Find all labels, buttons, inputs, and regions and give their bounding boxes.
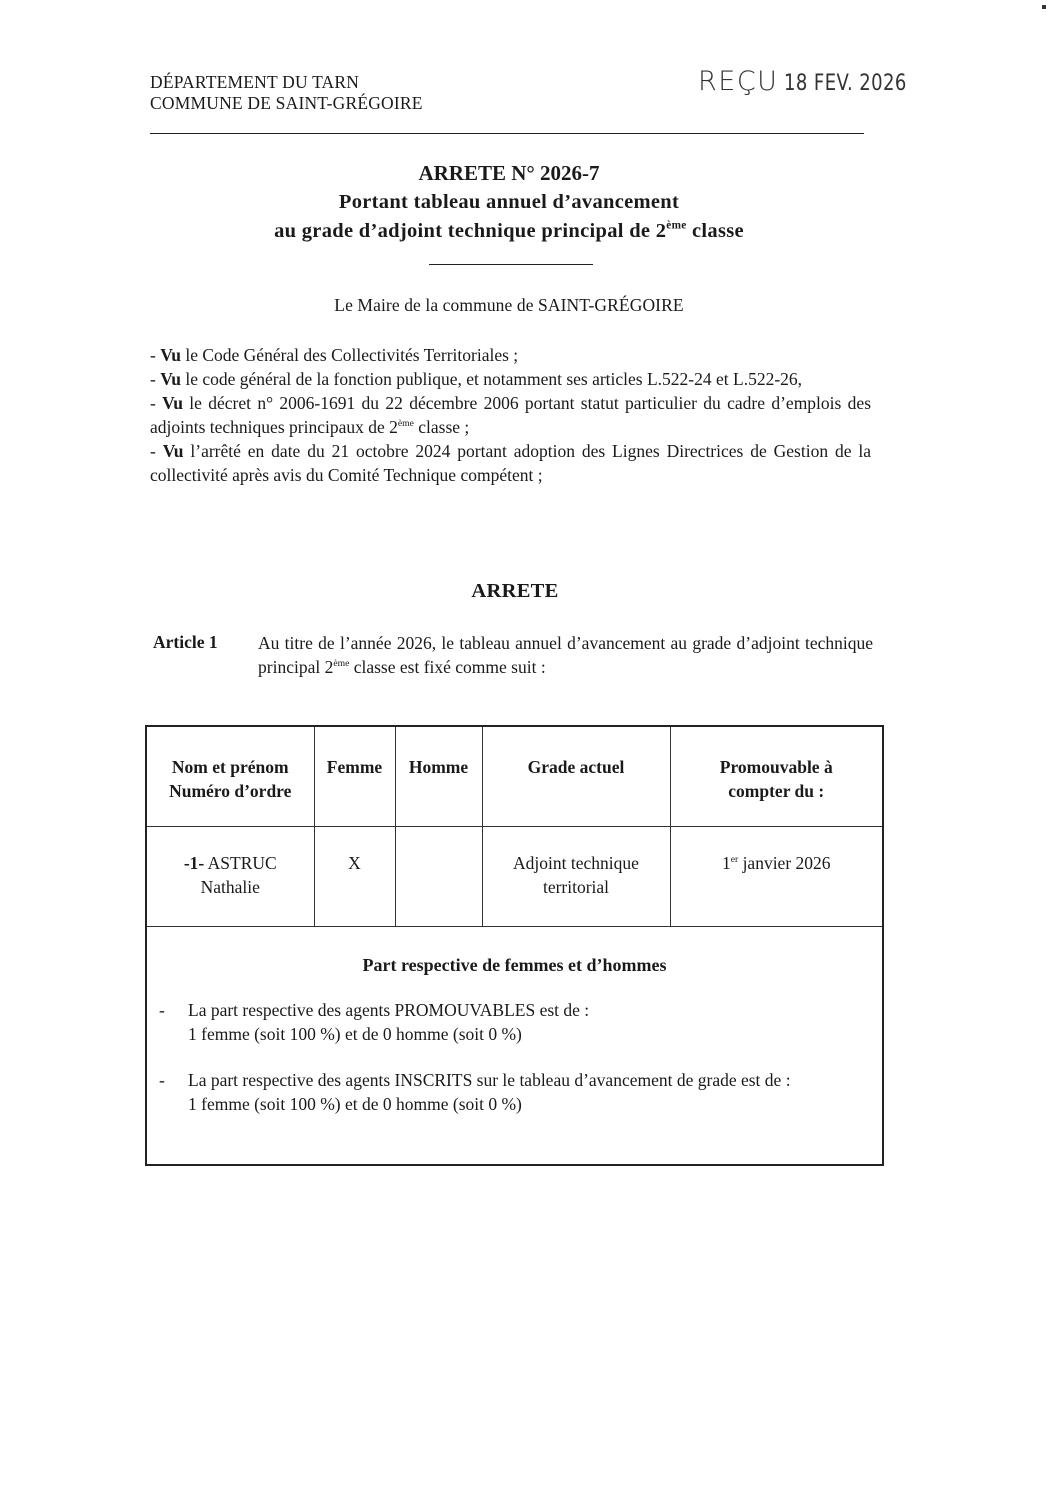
col-header-name: Nom et prénomNuméro d’ordre [147, 727, 314, 826]
title-divider [429, 264, 593, 265]
header-divider [150, 133, 864, 134]
cell-promotable-date: 1er janvier 2026 [670, 826, 882, 926]
commune-name: COMMUNE DE SAINT-GRÉGOIRE [150, 93, 423, 114]
share-item-promotable: - La part respective des agents PROMOUVA… [147, 998, 882, 1046]
table-row: -1- ASTRUCNathalie X Adjoint techniquete… [147, 826, 882, 926]
department-name: DÉPARTEMENT DU TARN [150, 72, 423, 93]
cell-male [395, 826, 482, 926]
table-header-row: Nom et prénomNuméro d’ordre Femme Homme … [147, 727, 882, 826]
advancement-grid: Nom et prénomNuméro d’ordre Femme Homme … [147, 727, 882, 927]
cell-female: X [314, 826, 395, 926]
share-item-registered: - La part respective des agents INSCRITS… [147, 1068, 882, 1116]
article-text: Au titre de l’année 2026, le tableau ann… [258, 631, 873, 679]
consideration-item: - Vu le code général de la fonction publ… [150, 367, 871, 391]
col-header-promotable-from: Promouvable àcompter du : [670, 727, 882, 826]
consideration-item: - Vu le Code Général des Collectivités T… [150, 343, 871, 367]
gender-share-title: Part respective de femmes et d’hommes [147, 955, 882, 976]
consideration-item: - Vu le décret n° 2006-1691 du 22 décemb… [150, 391, 871, 439]
stamp-date: 18 FEV. 2026 [784, 71, 907, 96]
considerations: - Vu le Code Général des Collectivités T… [150, 343, 871, 487]
issuer-header: DÉPARTEMENT DU TARN COMMUNE DE SAINT-GRÉ… [150, 72, 423, 114]
title-grade: au grade d’adjoint technique principal d… [0, 217, 1018, 246]
article-label: Article 1 [153, 632, 218, 653]
advancement-table: Nom et prénomNuméro d’ordre Femme Homme … [145, 725, 884, 1166]
mayor-statement: Le Maire de la commune de SAINT-GRÉGOIRE [0, 295, 1018, 316]
col-header-grade: Grade actuel [482, 727, 670, 826]
cell-name: -1- ASTRUCNathalie [147, 826, 314, 926]
col-header-male: Homme [395, 727, 482, 826]
document-title: ARRETE N° 2026-7 Portant tableau annuel … [0, 159, 1018, 246]
decision-heading: ARRETE [0, 580, 1030, 603]
gender-share-section: Part respective de femmes et d’hommes - … [147, 955, 882, 1116]
received-stamp: REÇU18 FEV. 2026 [698, 66, 934, 97]
stamp-label: REÇU [698, 66, 778, 97]
col-header-female: Femme [314, 727, 395, 826]
consideration-item: - Vu l’arrêté en date du 21 octobre 2024… [150, 439, 871, 487]
decree-number: ARRETE N° 2026-7 [0, 159, 1018, 188]
cell-grade: Adjoint techniqueterritorial [482, 826, 670, 926]
scan-speck [1042, 5, 1046, 9]
title-subject: Portant tableau annuel d’avancement [0, 188, 1018, 217]
